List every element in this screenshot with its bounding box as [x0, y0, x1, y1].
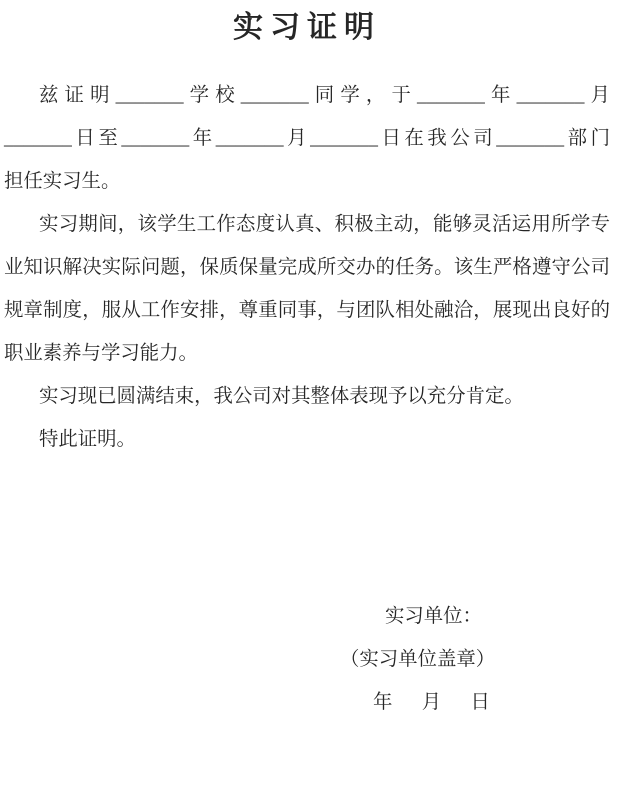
document-title: 实习证明 — [4, 6, 610, 49]
doc-line: 担任实习生。 — [4, 160, 610, 203]
date-line: 年 月 日 — [4, 681, 610, 724]
doc-line: 规章制度，服从工作安排，尊重同事，与团队相处融洽，展现出良好的 — [4, 289, 610, 332]
document-body: 兹证明_______学校_______同学，于_______年_______月 … — [4, 74, 610, 461]
doc-line: 职业素养与学习能力。 — [4, 332, 610, 375]
doc-line: 特此证明。 — [4, 418, 610, 461]
doc-line: 实习期间，该学生工作态度认真、积极主动，能够灵活运用所学专 — [4, 203, 610, 246]
signature-block: 实习单位： （实习单位盖章） 年 月 日 — [4, 595, 610, 724]
doc-line: 兹证明_______学校_______同学，于_______年_______月 — [4, 74, 610, 117]
document-page: 实习证明 兹证明_______学校_______同学，于_______年____… — [0, 0, 622, 804]
doc-line: 业知识解决实际问题，保质保量完成所交办的任务。该生严格遵守公司 — [4, 246, 610, 289]
internship-unit-label: 实习单位： — [4, 595, 610, 638]
seal-note: （实习单位盖章） — [4, 638, 610, 681]
doc-line: _______日至_______年_______月_______日在我公司___… — [4, 117, 610, 160]
doc-line: 实习现已圆满结束，我公司对其整体表现予以充分肯定。 — [4, 375, 610, 418]
